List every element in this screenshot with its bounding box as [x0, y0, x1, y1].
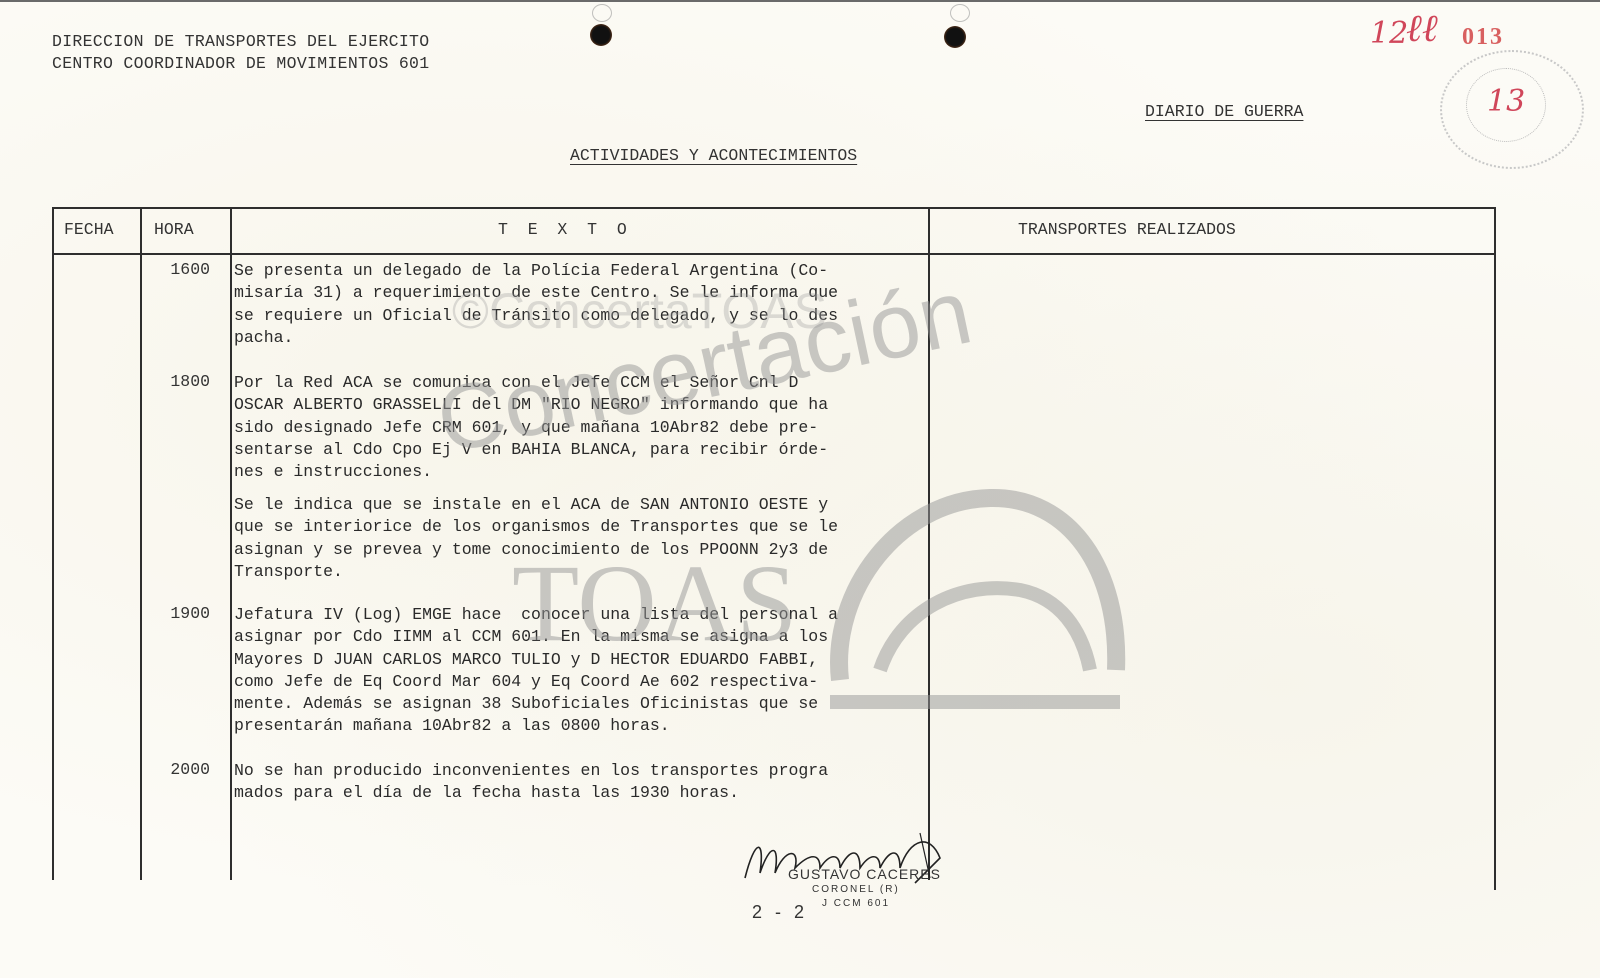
signatory-rank: CORONEL (R)	[812, 884, 900, 895]
document-type-title: DIARIO DE GUERRA	[1145, 102, 1303, 121]
document-subtitle: ACTIVIDADES Y ACONTECIMIENTOS	[570, 146, 857, 165]
circle-stamp-number: 13	[1487, 84, 1525, 119]
watermark-helmet-icon	[820, 470, 1140, 730]
header-hora: HORA	[154, 220, 194, 239]
entry-hora: 2000	[150, 760, 210, 779]
punch-hole-right	[944, 26, 966, 48]
table-header-divider	[52, 253, 1496, 255]
entry-text: Se presenta un delegado de la Polícia Fe…	[234, 260, 934, 349]
punch-hole-ring-right	[950, 4, 970, 22]
header-texto: T E X T O	[498, 220, 627, 239]
signatory-position: J CCM 601	[822, 898, 890, 909]
table-top-border	[52, 207, 1496, 209]
entry-text: Por la Red ACA se comunica con el Jefe C…	[234, 372, 934, 483]
signatory-name: GUSTAVO CACERES	[788, 866, 941, 882]
punch-hole-ring-left	[592, 4, 612, 22]
header-center: CENTRO COORDINADOR DE MOVIMIENTOS 601	[52, 54, 429, 73]
col-divider-fecha-hora	[140, 207, 142, 880]
handwritten-folio: 12	[1370, 16, 1408, 51]
punch-hole-left	[590, 24, 612, 46]
table-left-border	[52, 207, 54, 880]
page-number: 2 - 2	[752, 902, 808, 923]
header-transportes: TRANSPORTES REALIZADOS	[1018, 220, 1236, 239]
entry-hora: 1800	[150, 372, 210, 391]
page-top-edge	[0, 0, 1600, 2]
header-fecha: FECHA	[64, 220, 114, 239]
col-divider-hora-texto	[230, 207, 232, 880]
entry-hora: 1600	[150, 260, 210, 279]
table-right-border	[1494, 207, 1496, 890]
entry-text: No se han producido inconvenientes en lo…	[234, 760, 934, 805]
entry-hora: 1900	[150, 604, 210, 623]
stamped-number: 013	[1462, 24, 1504, 51]
handwritten-mark: ℓℓ	[1406, 6, 1438, 51]
header-directorate: DIRECCION DE TRANSPORTES DEL EJERCITO	[52, 32, 429, 51]
